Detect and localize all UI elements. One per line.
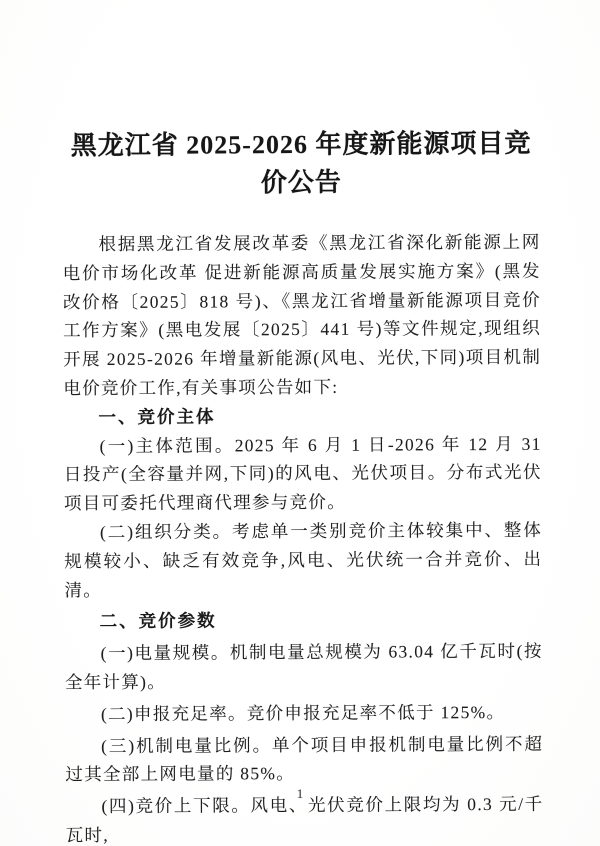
section2-heading: 二、竞价参数 xyxy=(65,605,543,636)
document-body: 黑龙江省 2025-2026 年度新能源项目竞价公告 根据黑龙江省发展改革委《黑… xyxy=(62,125,544,846)
section1-paragraph-1: (一)主体范围。2025 年 6 月 1 日-2026 年 12 月 31 日投… xyxy=(64,429,542,518)
page-number: 1 xyxy=(0,786,600,802)
section2-paragraph-1: (一)电量规模。机制电量总规模为 63.04 亿千瓦时(按全年计算)。 xyxy=(65,637,543,697)
section1-paragraph-2: (二)组织分类。考虑单一类别竞价主体较集中、整体规模较小、缺乏有效竞争,风电、光… xyxy=(64,516,542,605)
intro-paragraph: 根据黑龙江省发展改革委《黑龙江省深化新能源上网电价市场化改革 促进新能源高质量发… xyxy=(63,228,542,403)
document-title: 黑龙江省 2025-2026 年度新能源项目竞价公告 xyxy=(62,125,540,204)
section2-paragraph-3: (三)机制电量比例。单个项目申报机制电量比例不超过其全部上网电量的 85%。 xyxy=(65,729,543,789)
section2-paragraph-2: (二)申报充足率。竞价申报充足率不低于 125%。 xyxy=(65,697,543,728)
section1-heading: 一、竞价主体 xyxy=(63,401,541,432)
scanned-document-page: 黑龙江省 2025-2026 年度新能源项目竞价公告 根据黑龙江省发展改革委《黑… xyxy=(0,0,600,846)
